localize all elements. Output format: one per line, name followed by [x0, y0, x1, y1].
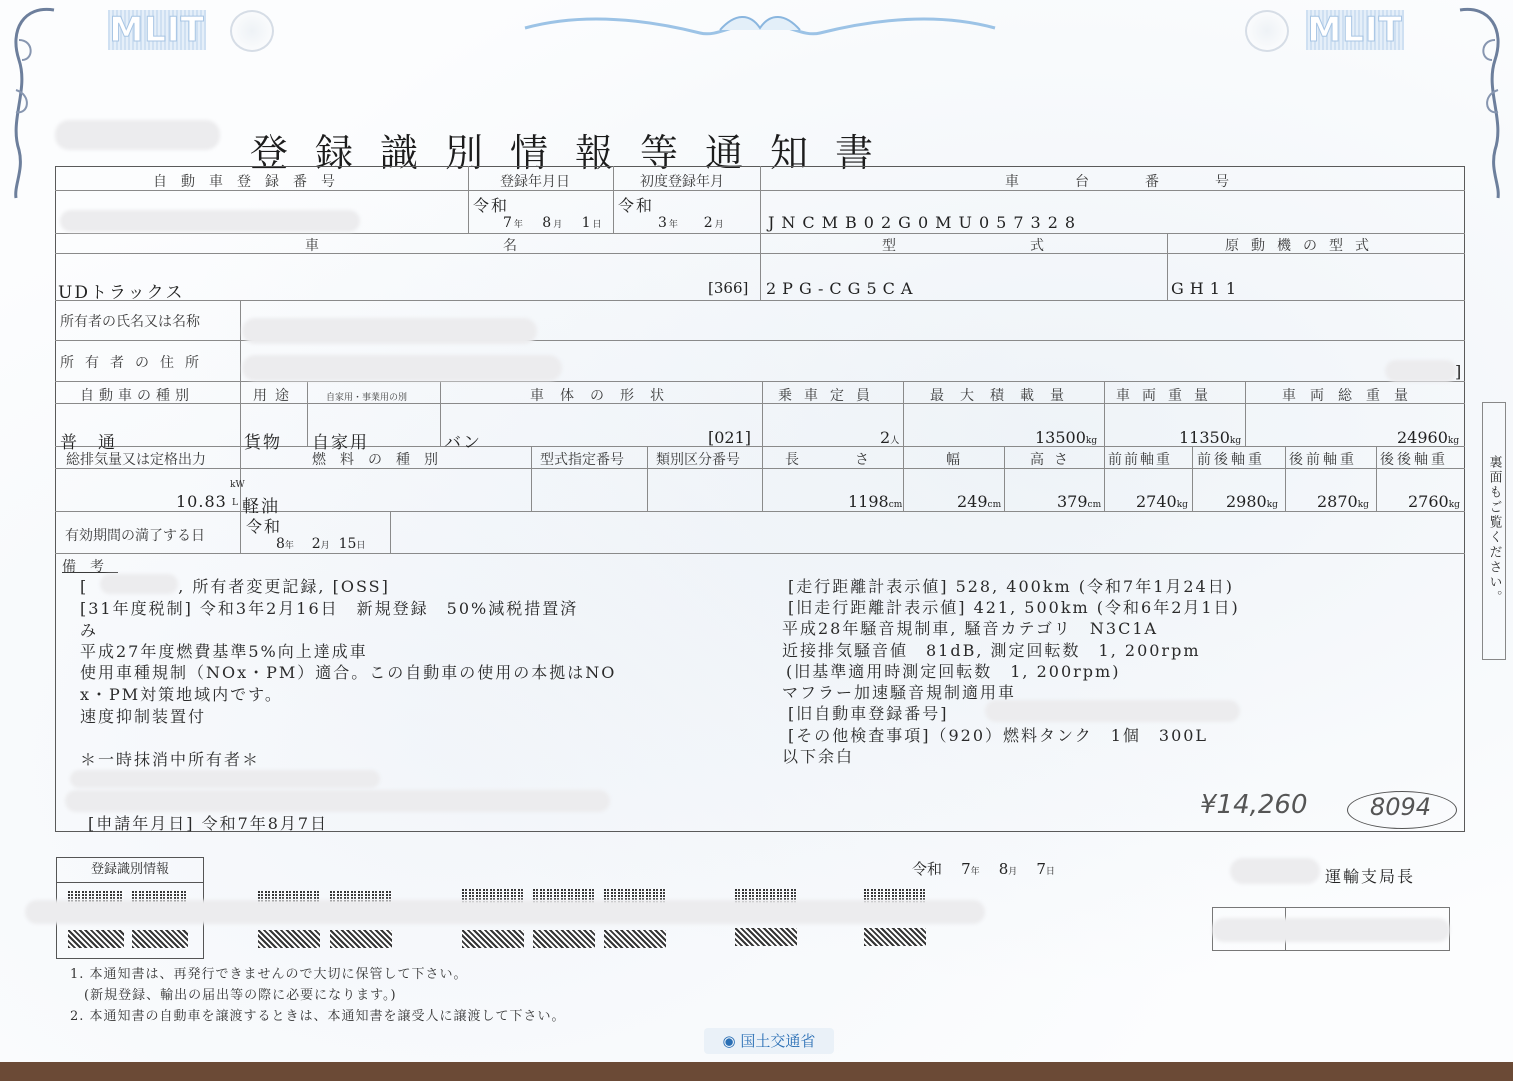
rr-axle: 2760kg	[1408, 492, 1460, 511]
remark-line: 平成28年騒音規制車, 騒音カテゴリ N3C1A	[782, 616, 1158, 639]
note-line: 2. 本通知書の自動車を譲渡するときは、本通知書を譲受人に譲渡して下さい。	[70, 1006, 566, 1027]
label-chassis: 車台番号	[1005, 171, 1285, 191]
label-length: 長さ	[785, 449, 925, 469]
label-model-2: 式	[1030, 235, 1050, 255]
expiry-date: 8年 2月 15日	[276, 536, 365, 552]
fr-axle: 2980kg	[1226, 492, 1278, 511]
ministry-logo: ◉ 国土交通省	[704, 1028, 834, 1054]
redacted-issuer-office	[1230, 858, 1320, 884]
qr-code-icon	[604, 930, 666, 948]
redacted-reg-number	[60, 210, 360, 232]
label-type-designation: 型式指定番号	[540, 449, 624, 469]
label-capacity: 乗車定員	[778, 385, 882, 405]
remark-line: [旧自動車登録番号]	[788, 701, 949, 724]
ff-axle: 2740kg	[1136, 492, 1188, 511]
remark-line: [旧走行距離計表示値] 421, 500km (令和6年2月1日)	[788, 595, 1240, 618]
remark-line: x・PM対策地域内です。	[80, 682, 283, 705]
label-private-commercial: 自家用・事業用の別	[326, 388, 407, 404]
displacement-unit-l: L	[232, 498, 238, 508]
redacted-address-end	[1385, 360, 1457, 382]
remark-line: [31年度税制] 令和3年2月16日 新規登録 50%減税措置済	[80, 596, 578, 619]
handwritten-fee: ¥14,260	[1200, 790, 1308, 820]
reg-date-value: 7年 8月 1日	[503, 215, 602, 231]
remark-line: 平成27年度燃費基準5%向上達成車	[80, 639, 368, 662]
label-car-name-1: 車	[305, 235, 325, 255]
chassis-number: JNCMB02G0MU057328	[768, 213, 1082, 232]
label-expiry: 有効期間の満了する日	[65, 525, 205, 545]
remark-line: み	[80, 618, 98, 641]
redacted-qr-strip	[25, 900, 985, 924]
application-date: [申請年月日] 令和7年8月7日	[88, 811, 328, 834]
qr-code-icon	[258, 930, 320, 948]
redacted-temp-owner-1	[70, 770, 380, 788]
first-reg-era: 令和	[618, 193, 654, 216]
length: 1198cm	[848, 492, 902, 511]
qr-code-icon	[864, 928, 926, 946]
vehicle-weight: 11350kg	[1179, 428, 1241, 447]
reg-date-era: 令和	[473, 193, 509, 216]
redacted-old-reg-number	[985, 700, 1240, 722]
top-ornament-icon	[520, 8, 1000, 48]
redacted-owner-name	[242, 318, 537, 344]
redacted-owner-address	[242, 355, 562, 381]
remark-line: 使用車種規制（NOx・PM）適合。この自動車の使用の本拠はNO	[80, 660, 616, 683]
qr-code-icon	[68, 930, 124, 948]
displacement-unit-kw: kW	[230, 480, 245, 490]
side-note: 裏面もご覧ください。	[1482, 402, 1506, 660]
label-displacement: 総排気量又は定格出力	[66, 449, 206, 469]
expiry-era: 令和	[246, 514, 282, 537]
car-name: UDトラックス	[58, 278, 184, 303]
mlit-logo-left: MLIT	[108, 10, 206, 50]
engine-model: GH11	[1171, 279, 1242, 298]
first-reg-value: 3年 2月	[658, 215, 724, 231]
label-usage: 用途	[253, 385, 297, 405]
label-width: 幅	[946, 449, 966, 469]
redacted-remark	[100, 574, 178, 594]
note-line: (新規登録、輸出の届出等の際に必要になります。)	[70, 985, 566, 1006]
label-reg-date: 登録年月日	[500, 171, 570, 191]
qr-code-icon	[462, 930, 524, 948]
label-rr-axle: 後後軸重	[1380, 449, 1448, 469]
label-height: 高さ	[1030, 449, 1078, 469]
remark-line: (旧基準適用時測定回転数 1, 200rpm)	[786, 659, 1120, 682]
gross-weight: 24960kg	[1397, 428, 1459, 447]
qr-code-icon	[735, 928, 797, 946]
height: 379cm	[1057, 492, 1101, 511]
address-bracket: ]	[1455, 362, 1463, 381]
table-surface	[0, 1062, 1513, 1081]
width: 249cm	[957, 492, 1001, 511]
emblem-right-icon	[1245, 10, 1289, 52]
label-max-load: 最大積載量	[930, 385, 1080, 405]
label-fr-axle: 前後軸重	[1197, 449, 1265, 469]
label-reg-number: 自動車登録番号	[153, 171, 349, 191]
label-fuel: 燃料の種別	[312, 449, 452, 469]
label-owner-address: 所有者の住所	[60, 352, 210, 372]
label-engine-model: 原動機の型式	[1225, 235, 1381, 255]
footer-notes: 1. 本通知書は、再発行できませんので大切に保管して下さい。 (新規登録、輸出の…	[70, 964, 566, 1027]
max-load: 13500kg	[1035, 428, 1097, 447]
issuer-title: 運輸支局長	[1325, 864, 1415, 887]
label-gross-weight: 車両総重量	[1282, 385, 1422, 405]
label-body-shape: 車体の形状	[530, 385, 680, 405]
displacement: 10.83	[176, 492, 227, 511]
ministry-name: 国土交通省	[740, 1032, 815, 1050]
issue-date: 令和 7年 8月 7日	[912, 858, 1055, 879]
redacted-temp-owner-2	[65, 790, 610, 812]
label-vehicle-weight: 車両重量	[1116, 385, 1220, 405]
label-first-reg: 初度登録年月	[640, 171, 724, 191]
label-remarks: 備考	[62, 556, 118, 576]
remark-line: [その他検査事項]（920）燃料タンク 1個 300L	[788, 723, 1208, 746]
redacted-office	[55, 120, 220, 150]
remark-line: 以下余白	[782, 744, 854, 767]
label-rf-axle: 後前軸重	[1289, 449, 1357, 469]
usage: 貨物	[244, 428, 282, 453]
vehicle-model: 2PG-CG5CA	[766, 279, 918, 298]
remark-line: 速度抑制装置付	[80, 704, 206, 727]
remark-line: マフラー加速騒音規制適用車	[782, 680, 1016, 703]
redacted-stamp	[1212, 918, 1450, 942]
emblem-left-icon	[230, 10, 274, 52]
label-owner-name: 所有者の氏名又は名称	[60, 311, 200, 331]
label-model-1: 型	[882, 235, 902, 255]
remark-line: 近接排気騒音値 81dB, 測定回転数 1, 200rpm	[782, 638, 1201, 661]
qr-code-icon	[533, 930, 595, 948]
label-vehicle-kind: 自動車の種別	[80, 385, 194, 405]
label-ff-axle: 前前軸重	[1108, 449, 1172, 469]
remark-line: ＊一時抹消中所有者＊	[80, 747, 260, 770]
capacity: 2人	[880, 428, 899, 447]
rf-axle: 2870kg	[1317, 492, 1369, 511]
handwritten-circled: 8094	[1370, 793, 1431, 821]
qr-label: 登録識別情報	[57, 858, 203, 883]
label-car-name-2: 名	[503, 235, 523, 255]
ministry-emblem-icon: ◉	[723, 1032, 736, 1050]
label-category-number: 類別区分番号	[656, 449, 740, 469]
qr-code-icon	[132, 930, 188, 948]
note-line: 1. 本通知書は、再発行できませんので大切に保管して下さい。	[70, 964, 566, 985]
remark-line: [走行距離計表示値] 528, 400km (令和7年1月24日)	[788, 574, 1234, 597]
qr-code-icon	[330, 930, 392, 948]
body-shape-code: [021]	[708, 428, 751, 447]
car-name-code: [366]	[708, 279, 748, 297]
mlit-logo-right: MLIT	[1306, 10, 1404, 50]
